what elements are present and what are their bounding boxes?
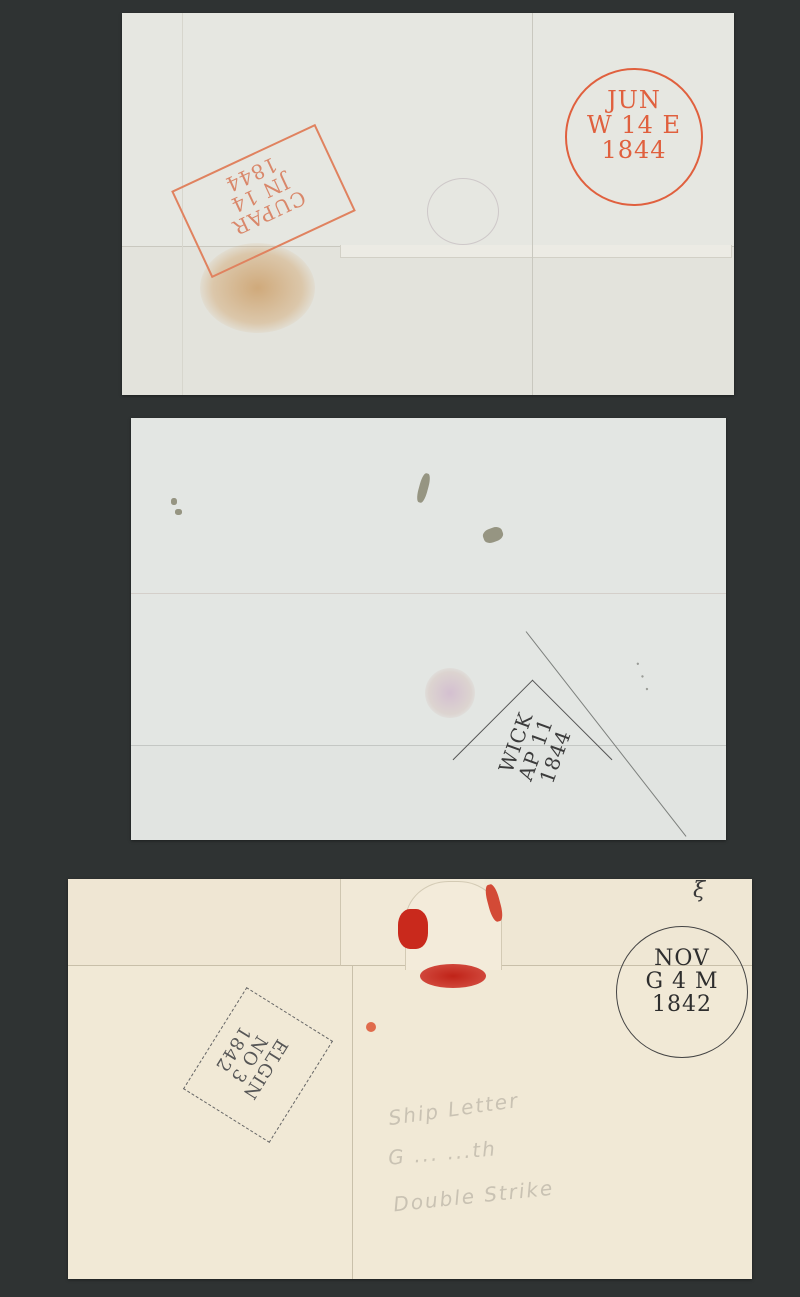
fold-line — [131, 593, 726, 594]
circular-datestamp-black: NOV G 4 M 1842 — [616, 926, 748, 1058]
cover-2: WICK AP 11 1844 · · · — [131, 418, 726, 840]
ink-spot — [171, 498, 177, 505]
postmark-year: 1844 — [567, 138, 701, 163]
postmark-month: NOV — [617, 947, 747, 970]
fold-line — [532, 13, 533, 395]
manuscript-mark: ξ — [693, 879, 706, 902]
postmark-text: NOV G 4 M 1842 — [617, 947, 747, 1016]
wax-seal — [420, 964, 486, 988]
cover-2-lower-panel — [134, 746, 722, 840]
wax-drop — [366, 1022, 376, 1032]
fold-line — [352, 965, 353, 1279]
postmark-day: G 4 M — [617, 970, 747, 993]
postmark-day: W 14 E — [567, 113, 701, 138]
cover-3: ξ NOV G 4 M 1842 ELGIN NO 3 1842 Ship Le… — [68, 879, 752, 1279]
wax-residue — [425, 668, 475, 718]
faint-circular-mark — [427, 178, 499, 245]
wax-seal — [398, 909, 428, 949]
cover-1-tuck-flap — [340, 245, 732, 258]
cover-1: JUN W 14 E 1844 CUPAR JN 14 1844 — [122, 13, 734, 395]
ink-spot — [175, 509, 182, 515]
postmark-text: JUN W 14 E 1844 — [567, 88, 701, 164]
circular-datestamp-red: JUN W 14 E 1844 — [565, 68, 703, 206]
postmark-month: JUN — [567, 88, 701, 113]
cover-3-left-flap — [68, 879, 341, 966]
postmark-year: 1842 — [617, 993, 747, 1016]
